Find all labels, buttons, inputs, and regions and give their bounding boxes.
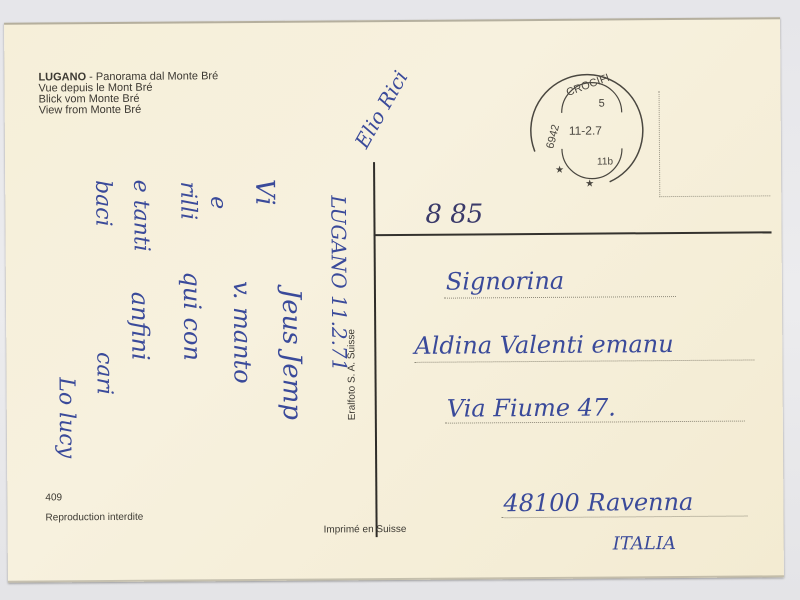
stamp-area [659,90,771,197]
message-signature: Lo lucy [54,377,80,458]
recipient-country: ITALIA [613,533,676,554]
svg-text:5: 5 [599,98,605,110]
svg-text:★: ★ [555,165,564,176]
reproduction-notice: Reproduction interdite [45,512,143,524]
message-line-1: Vi [249,179,279,206]
svg-text:11b: 11b [597,156,613,167]
horizontal-divider [374,231,772,236]
message-line-2: e [205,196,230,209]
message-line-9: baci [90,180,115,227]
caption-english: View from Monte Bré [39,104,219,116]
message-line-6: v. manto [228,281,257,384]
message-line-4: e tanti [128,180,154,252]
postcard: LUGANO - Panorama dal Monte Bré Vue depu… [4,17,784,582]
top-scribble: Elio Rici [350,67,413,153]
svg-text:6942: 6942 [544,123,562,150]
message-line-3: rilli [175,181,200,220]
right-numbers: 8 85 [425,199,483,229]
message-line-5: Jeus Jemp [276,289,307,420]
card-number: 409 [45,492,62,503]
address-line-2 [414,359,754,362]
place-date: LUGANO 11.2.71 [326,195,351,371]
postmark-icon: 6942 CROCIFI 5 11-2.7 11b ★ ★ [526,70,647,191]
recipient-title: Signorina [446,267,565,296]
message-line-10: cari [91,352,116,395]
address-line-1 [444,296,676,299]
message-line-8: anfini [126,292,154,361]
postcard-caption: LUGANO - Panorama dal Monte Bré Vue depu… [38,71,218,116]
vertical-divider [373,162,378,537]
recipient-city: 48100 Ravenna [503,488,693,517]
printed-in-label: Imprimé en Suisse [324,524,407,536]
svg-text:★: ★ [585,179,594,190]
svg-text:11-2.7: 11-2.7 [569,124,603,138]
recipient-name: Aldina Valenti emanu [414,330,674,360]
message-line-7: qui con [178,271,207,361]
recipient-street: Via Fiume 47. [447,393,616,422]
